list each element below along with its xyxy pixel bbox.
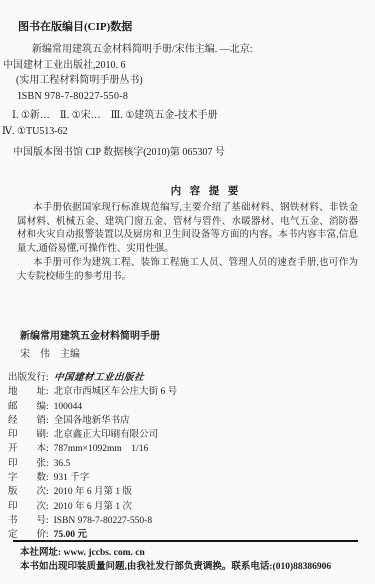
colophon-row: 邮 编:100044 [8, 400, 368, 414]
colophon-label: 印 次: [8, 502, 49, 512]
book-title: 新编常用建筑五金材料简明手册 [20, 331, 160, 343]
cip-classification-line-1: Ⅰ. ①新… Ⅱ. ①宋… Ⅲ. ①建筑五金-技术手册 [12, 108, 375, 124]
colophon-value: 北京市西城区车公庄大街 6 号 [54, 387, 178, 397]
cip-title-line: 新编常用建筑五金材料简明手册/宋伟主编. —北京: [32, 42, 375, 58]
cip-publisher-line: 中国建材工业出版社,2010. 6 [3, 58, 375, 74]
colophon-value: 931 千字 [54, 473, 90, 483]
abstract-paragraph-1: 本手册依据国家现行标准规范编写,主要介绍了基础材料、钢铁材料、非铁金属材料、机械… [17, 202, 358, 257]
footer-divider-rule [13, 540, 358, 542]
cip-classification-line-2: Ⅳ. ①TU513-62 [2, 124, 375, 140]
colophon-label: 定 价: [8, 530, 49, 540]
title-block: 新编常用建筑五金材料简明手册 宋 伟 主编 [20, 331, 160, 361]
colophon-row: 印 刷:北京鑫正大印刷有限公司 [8, 428, 368, 442]
cip-registry-number: 中国版本图书馆 CIP 数据核字(2010)第 065307 号 [13, 145, 375, 161]
colophon-row: 书 号:ISBN 978-7-80227-550-8 [8, 514, 368, 528]
colophon-row: 版 次:2010 年 6 月第 1 版 [8, 485, 368, 499]
colophon-row: 印 张:36.5 [8, 457, 368, 471]
colophon-row: 经 销:全国各地新华书店 [8, 414, 368, 428]
colophon-label: 字 数: [8, 473, 49, 483]
colophon-row: 印 次:2010 年 6 月第 1 次 [8, 500, 368, 514]
colophon-label: 书 号: [8, 516, 49, 526]
colophon-label: 印 刷: [8, 430, 49, 440]
colophon-label: 开 本: [8, 444, 49, 454]
colophon-label: 印 张: [8, 459, 49, 469]
cip-block: 图书在版编目(CIP)数据 新编常用建筑五金材料简明手册/宋伟主编. —北京: … [0, 20, 375, 161]
colophon-value: 北京鑫正大印刷有限公司 [54, 430, 159, 440]
publisher-website: 本社网址: www. jccbs. com. cn [20, 547, 360, 561]
colophon-value: 787mm×1092mm 1/16 [54, 444, 149, 454]
colophon-row: 地 址:北京市西城区车公庄大街 6 号 [8, 385, 368, 399]
abstract-body: 本手册依据国家现行标准规范编写,主要介绍了基础材料、钢铁材料、非铁金属材料、机械… [17, 202, 358, 284]
colophon-value: 36.5 [54, 459, 71, 469]
colophon: 出版发行:中国建材工业出版社 地 址:北京市西城区车公庄大街 6 号 邮 编:1… [8, 371, 368, 543]
abstract-heading: 内 容 提 要 [36, 183, 375, 198]
cip-isbn: ISBN 978-7-80227-550-8 [18, 89, 375, 105]
cip-series-line: (实用工程材料简明手册丛书) [16, 73, 375, 89]
book-editor: 宋 伟 主编 [20, 349, 160, 361]
colophon-label: 地 址: [8, 387, 49, 397]
abstract-paragraph-2: 本手册可作为建筑工程、装饰工程施工人员、管理人员的速查手册,也可作为大专院校师生… [17, 257, 358, 284]
colophon-value: 2010 年 6 月第 1 次 [54, 502, 132, 512]
colophon-value: ISBN 978-7-80227-550-8 [54, 516, 152, 526]
colophon-value: 中国建材工业出版社 [53, 371, 145, 385]
colophon-row: 出版发行:中国建材工业出版社 [8, 371, 368, 385]
colophon-label: 经 销: [8, 416, 49, 426]
quality-notice: 本书如出现印装质量问题,由我社发行部负责调换。联系电话:(010)8838690… [20, 561, 360, 575]
colophon-value: 75.00 元 [54, 530, 87, 540]
colophon-label: 版 次: [8, 487, 49, 497]
cip-header: 图书在版编目(CIP)数据 [18, 20, 375, 35]
colophon-value: 全国各地新华书店 [54, 416, 130, 426]
colophon-value: 2010 年 6 月第 1 版 [54, 487, 132, 497]
copyright-page: 图书在版编目(CIP)数据 新编常用建筑五金材料简明手册/宋伟主编. —北京: … [0, 0, 375, 584]
colophon-row: 字 数:931 千字 [8, 471, 368, 485]
footer-block: 本社网址: www. jccbs. com. cn 本书如出现印装质量问题,由我… [20, 547, 360, 574]
colophon-value: 100044 [54, 402, 83, 412]
colophon-row: 开 本:787mm×1092mm 1/16 [8, 442, 368, 456]
colophon-label: 出版发行: [8, 373, 49, 383]
colophon-label: 邮 编: [8, 402, 49, 412]
